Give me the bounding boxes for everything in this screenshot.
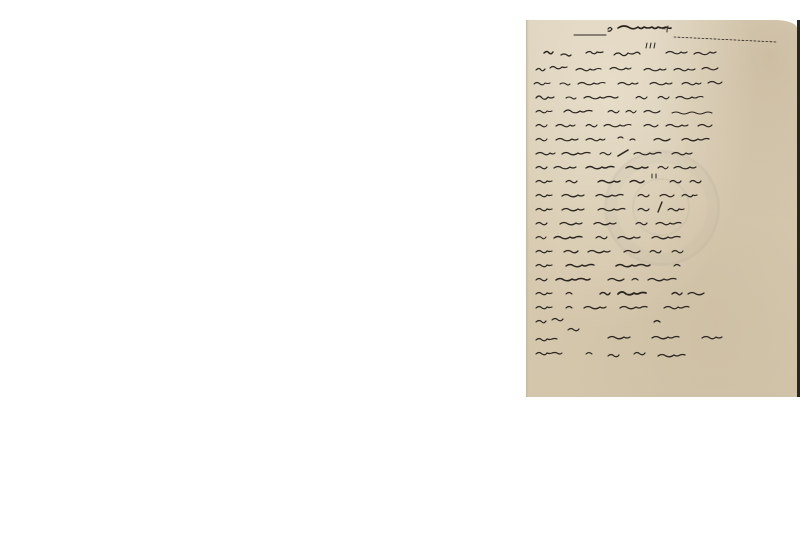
handwriting-ink [526,20,797,397]
manuscript-page [526,20,797,397]
heading-strokes [574,26,776,42]
document-viewer: — 5 τὸ ἔγραψα(?) — Δι μ. Θὸν γράφω ἐλλ .… [0,0,800,549]
